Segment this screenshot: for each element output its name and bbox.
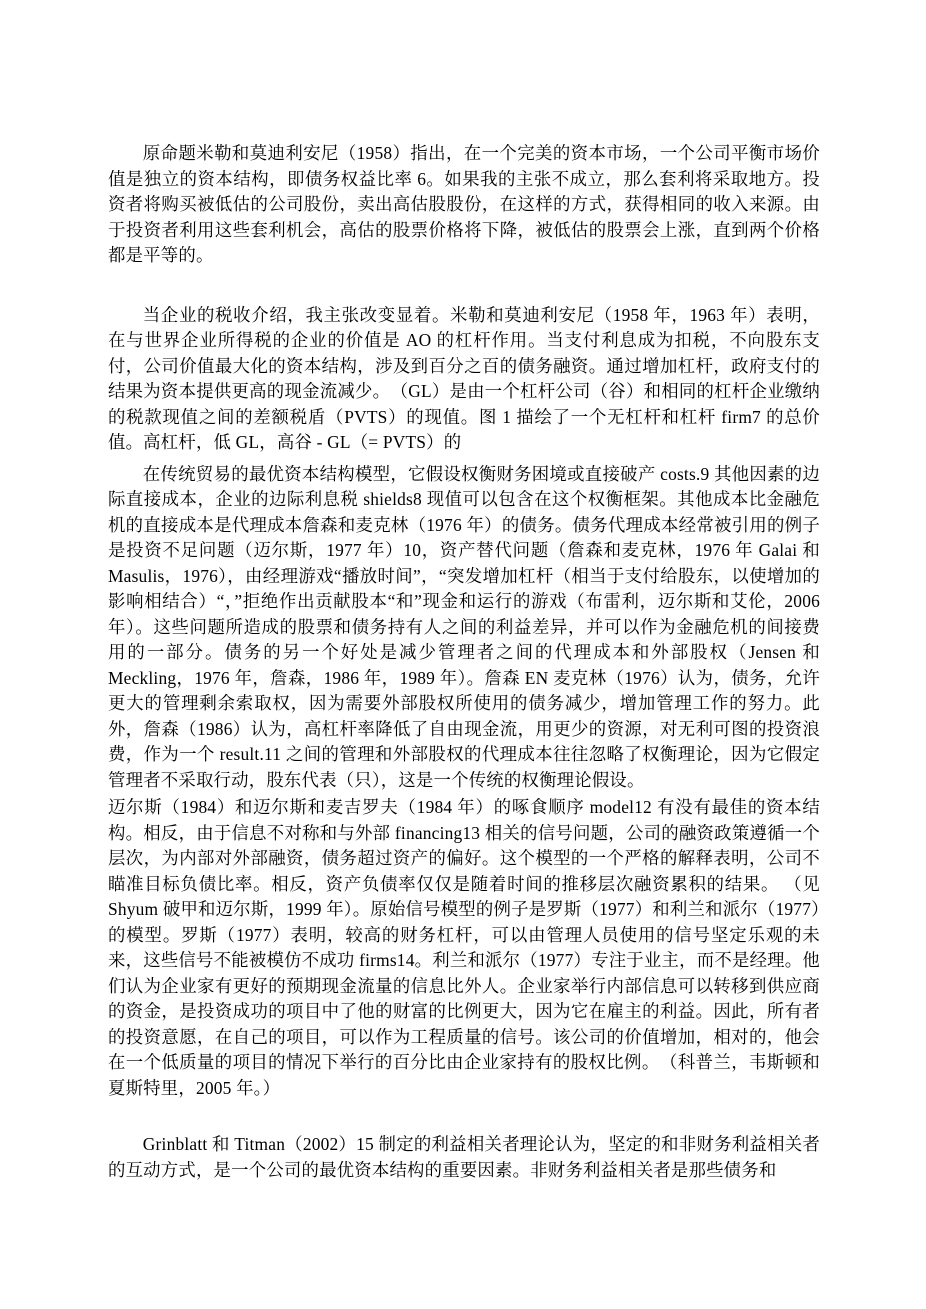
document-text-block: 原命题米勒和莫迪利安尼（1958）指出，在一个完美的资本市场，一个公司平衡市场价…	[108, 141, 820, 1183]
document-page: 原命题米勒和莫迪利安尼（1958）指出，在一个完美的资本市场，一个公司平衡市场价…	[0, 0, 926, 1309]
paragraph-mm-proposition: 原命题米勒和莫迪利安尼（1958）指出，在一个完美的资本市场，一个公司平衡市场价…	[108, 141, 820, 269]
paragraph-pecking-order: 迈尔斯（1984）和迈尔斯和麦吉罗夫（1984 年）的啄食顺序 model12 …	[108, 795, 820, 1101]
paragraph-stakeholder-theory: Grinblatt 和 Titman（2002）15 制定的利益相关者理论认为，…	[108, 1132, 820, 1183]
paragraph-tax-leverage: 当企业的税收介绍，我主张改变显着。米勒和莫迪利安尼（1958 年，1963 年）…	[108, 303, 820, 456]
paragraph-tradeoff-agency: 在传统贸易的最优资本结构模型，它假设权衡财务困境或直接破产 costs.9 其他…	[108, 462, 820, 794]
